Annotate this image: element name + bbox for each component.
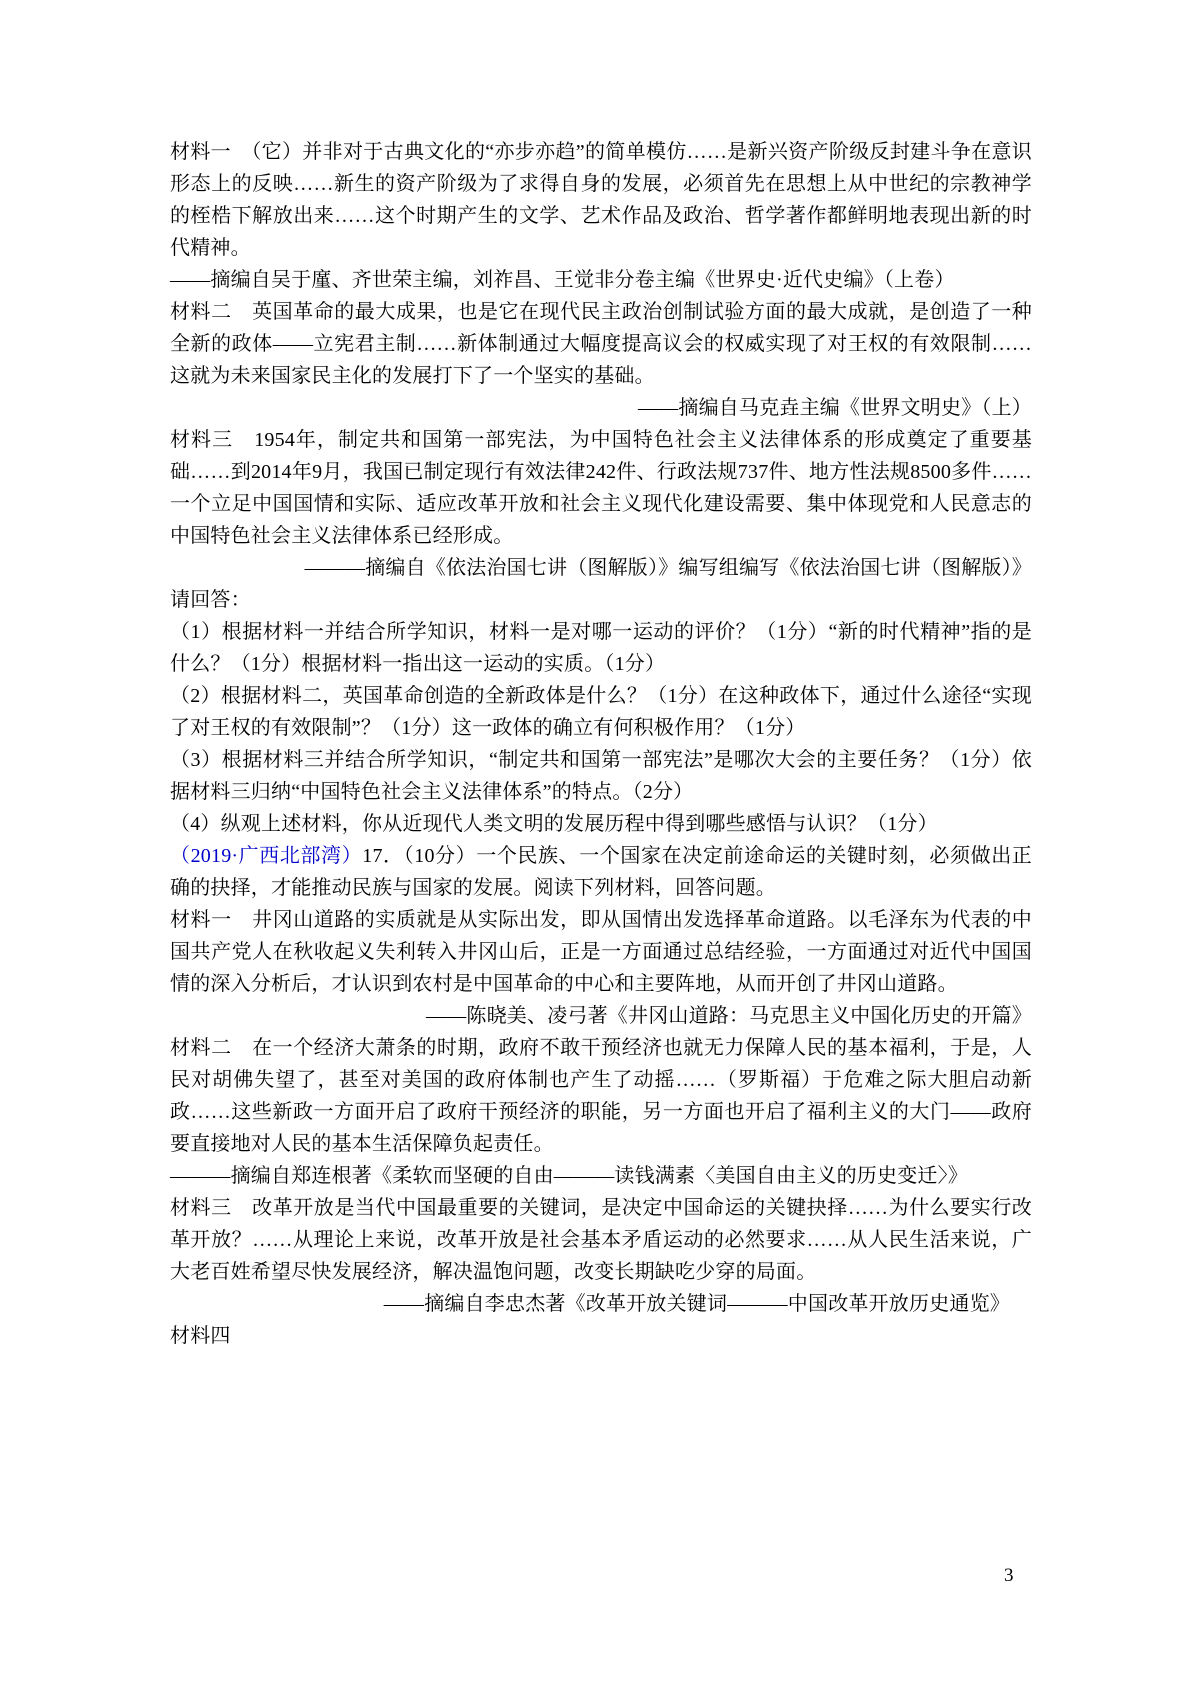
material-1-source: ——摘编自吴于廑、齐世荣主编，刘祚昌、王觉非分卷主编《世界史·近代史编》（上卷） <box>170 264 1032 296</box>
q17-material-2-source: ———摘编自郑连根著《柔软而坚硬的自由———读钱满素〈美国自由主义的历史变迁〉》 <box>170 1160 1032 1192</box>
exam-source-tag: （2019·广西北部湾） <box>170 845 362 867</box>
question-17-intro: （2019·广西北部湾）17．（10分）一个民族、一个国家在决定前途命运的关键时… <box>170 840 1032 904</box>
question-4: （4）纵观上述材料，你从近现代人类文明的发展历程中得到哪些感悟与认识？（1分） <box>170 808 1032 840</box>
document-page: 材料一 （它）并非对于古典文化的“亦步亦趋”的简单模仿……是新兴资产阶级反封建斗… <box>0 0 1200 1698</box>
q17-material-3-source: ——摘编自李忠杰著《改革开放关键词———中国改革开放历史通览》 <box>170 1288 1032 1320</box>
page-number: 3 <box>1004 1564 1014 1588</box>
material-3-text: 材料三 1954年，制定共和国第一部宪法，为中国特色社会主义法律体系的形成奠定了… <box>170 424 1032 552</box>
material-2-source: ——摘编自马克垚主编《世界文明史》（上） <box>170 392 1032 424</box>
question-3: （3）根据材料三并结合所学知识，“制定共和国第一部宪法”是哪次大会的主要任务？（… <box>170 744 1032 808</box>
q17-material-1-source: ——陈晓美、凌弓著《井冈山道路：马克思主义中国化历史的开篇》 <box>170 1000 1032 1032</box>
question-2: （2）根据材料二，英国革命创造的全新政体是什么？（1分）在这种政体下，通过什么途… <box>170 680 1032 744</box>
q17-material-1-text: 材料一 井冈山道路的实质就是从实际出发，即从国情出发选择革命道路。以毛泽东为代表… <box>170 904 1032 1000</box>
q17-material-4-label: 材料四 <box>170 1320 1032 1352</box>
material-2-text: 材料二 英国革命的最大成果，也是它在现代民主政治创制试验方面的最大成就，是创造了… <box>170 296 1032 392</box>
material-3-source: ———摘编自《依法治国七讲（图解版）》编写组编写《依法治国七讲（图解版）》 <box>170 552 1032 584</box>
answer-prompt: 请回答： <box>170 584 1032 616</box>
text-block: 材料一 （它）并非对于古典文化的“亦步亦趋”的简单模仿……是新兴资产阶级反封建斗… <box>170 136 1032 1352</box>
q17-material-3-text: 材料三 改革开放是当代中国最重要的关键词，是决定中国命运的关键抉择……为什么要实… <box>170 1192 1032 1288</box>
question-1: （1）根据材料一并结合所学知识，材料一是对哪一运动的评价？（1分）“新的时代精神… <box>170 616 1032 680</box>
q17-material-2-text: 材料二 在一个经济大萧条的时期，政府不敢干预经济也就无力保障人民的基本福利，于是… <box>170 1032 1032 1160</box>
material-1-text: 材料一 （它）并非对于古典文化的“亦步亦趋”的简单模仿……是新兴资产阶级反封建斗… <box>170 136 1032 264</box>
